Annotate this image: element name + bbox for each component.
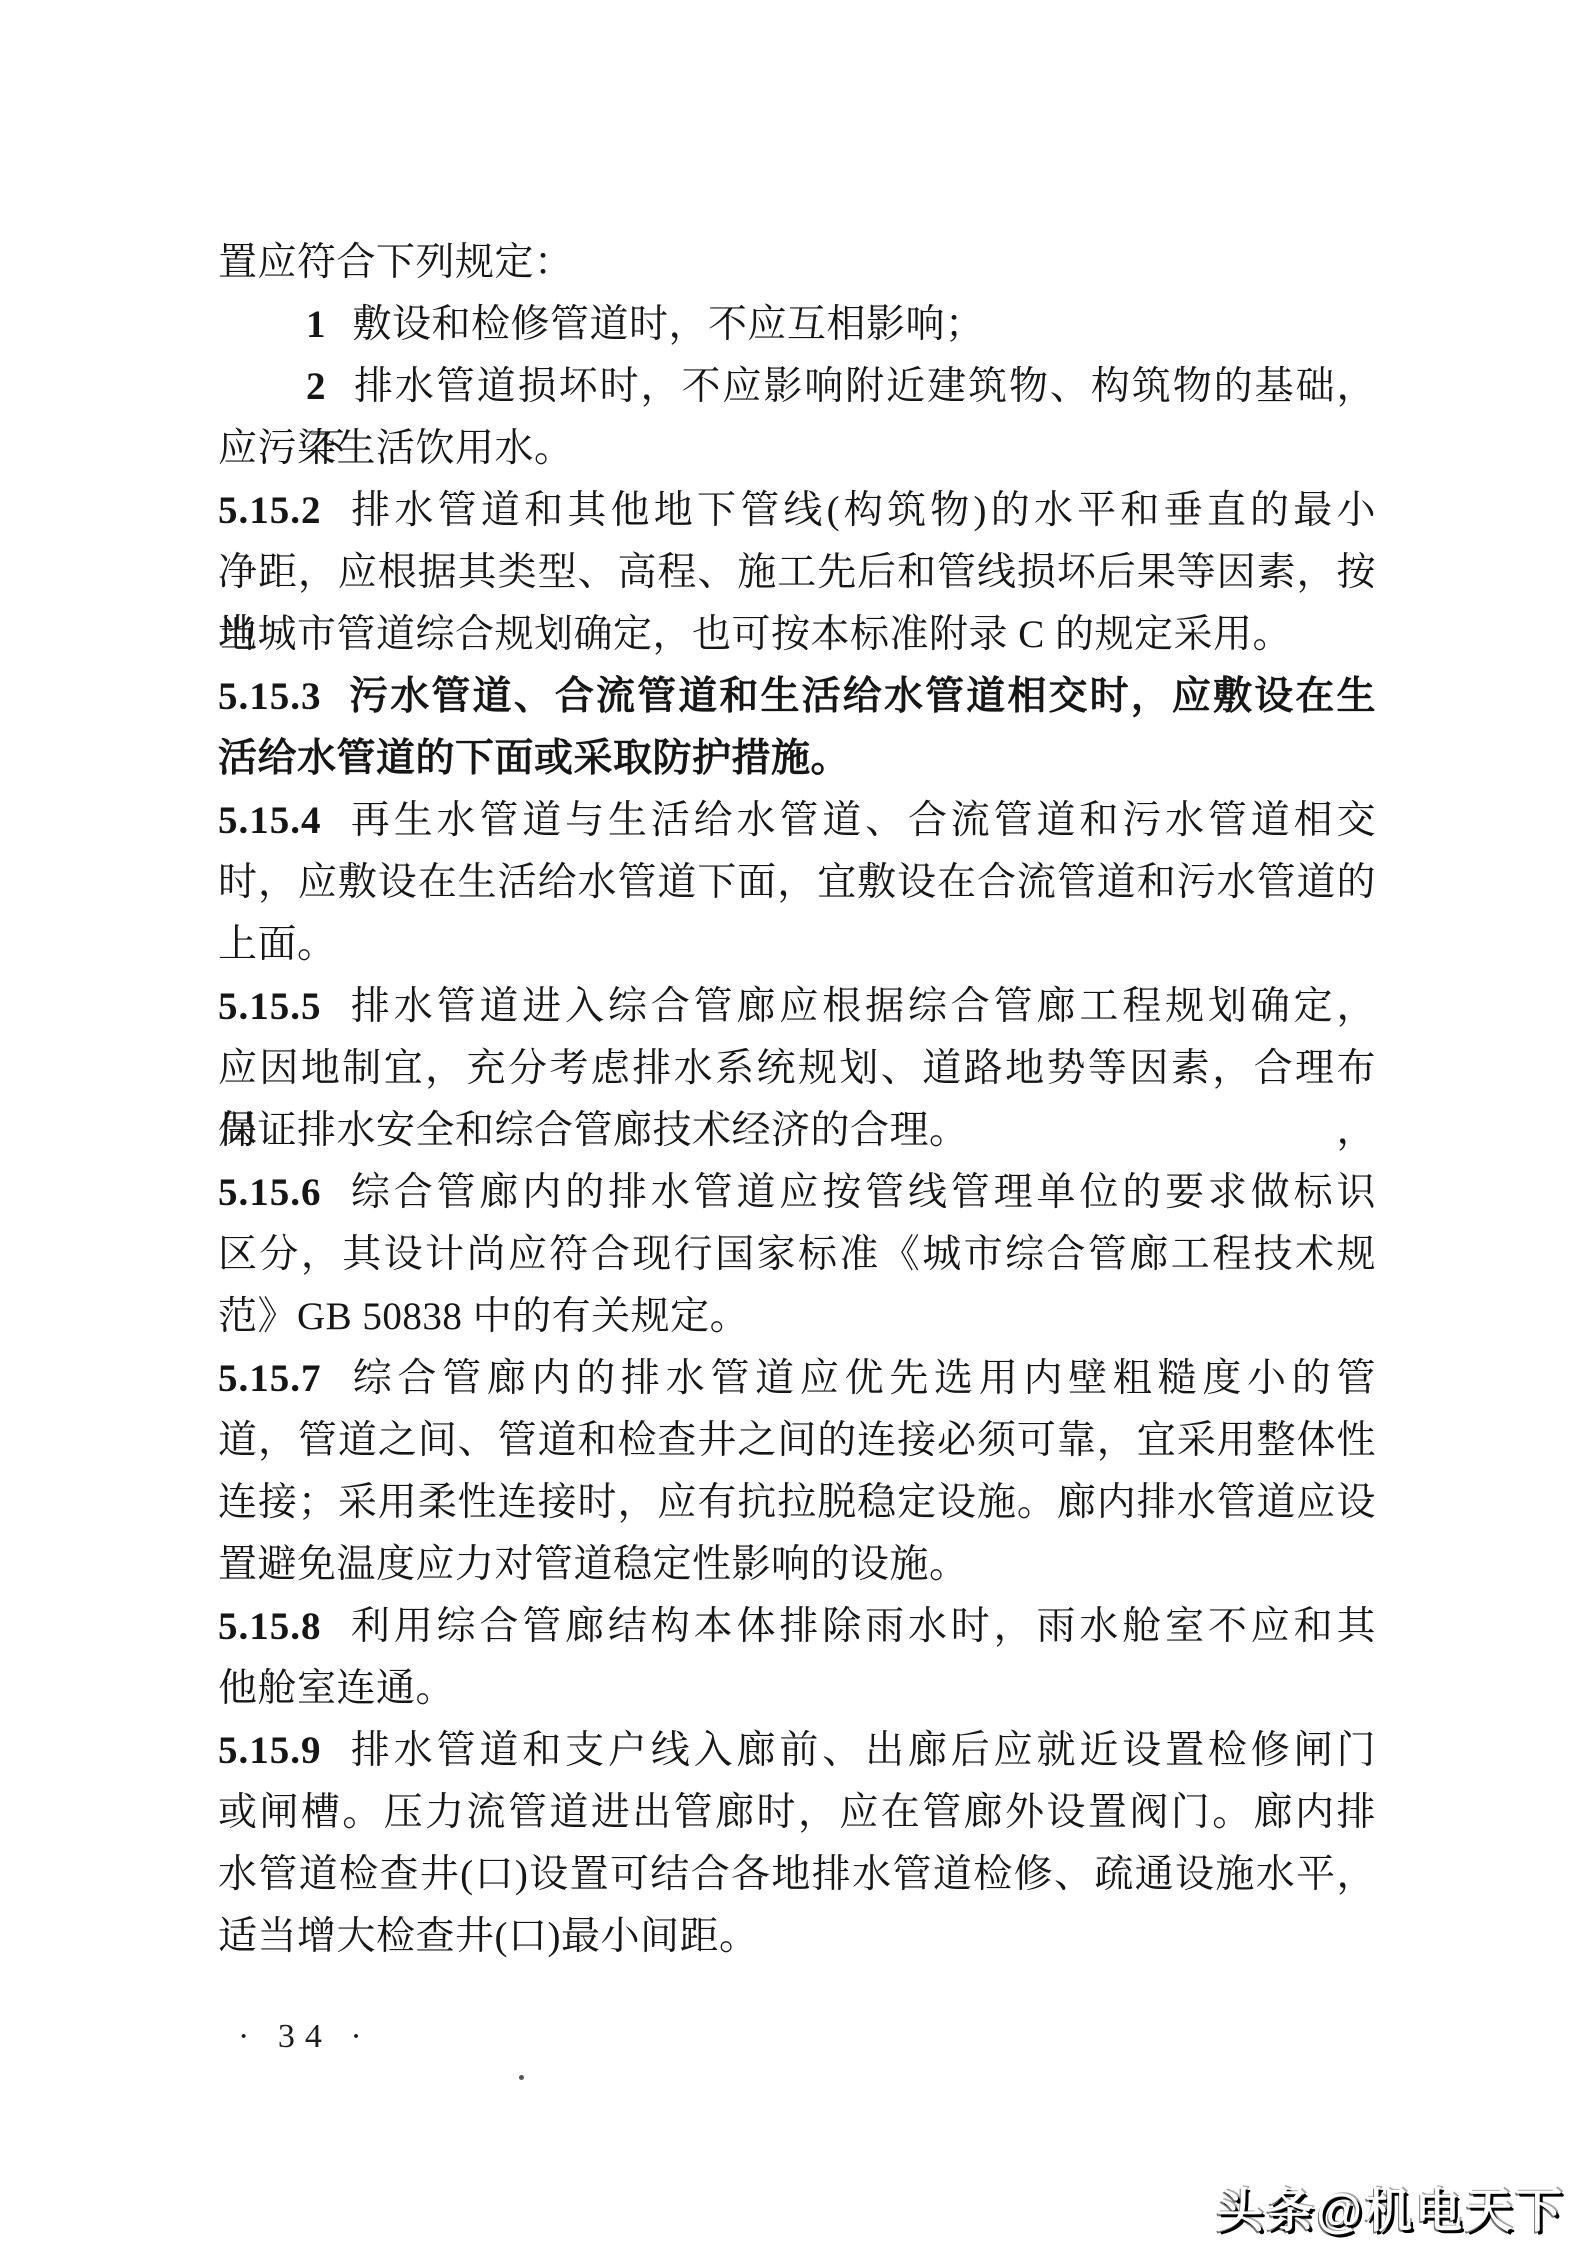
clause-text: 时，应敷设在生活给水管道下面，宜敷设在合流管道和污水管道的 — [218, 861, 1376, 904]
clause-text: 污水管道、合流管道和生活给水管道相交时，应敷设在生 — [348, 675, 1377, 718]
clause-text: 置应符合下列规定： — [218, 241, 574, 284]
document-body: 置应符合下列规定：1敷设和检修管道时，不应互相影响；2排水管道损坏时，不应影响附… — [218, 232, 1376, 1968]
clause-text: 连接；采用柔性连接时，应有抗拉脱稳定设施。廊内排水管道应设 — [218, 1481, 1376, 1524]
document-line-5.15.5: 5.15.5排水管道进入综合管廊应根据综合管廊工程规划确定， — [218, 976, 1376, 1038]
watermark: 头条@机电天下 — [1216, 2174, 1565, 2241]
clause-number: 1 — [306, 303, 327, 346]
document-line: 置应符合下列规定： — [218, 232, 1376, 294]
document-line-5.15.4: 5.15.4再生水管道与生活给水管道、合流管道和污水管道相交 — [218, 790, 1376, 852]
document-line: 置避免温度应力对管道稳定性影响的设施。 — [218, 1534, 1376, 1596]
page-number: · 34 · — [238, 2018, 372, 2056]
clause-number: 5.15.5 — [218, 985, 322, 1028]
document-line: 他舱室连通。 — [218, 1658, 1376, 1720]
clause-text: 适当增大检查井(口)最小间距。 — [218, 1915, 758, 1958]
document-line: 范》GB 50838 中的有关规定。 — [218, 1286, 1376, 1348]
document-line: 时，应敷设在生活给水管道下面，宜敷设在合流管道和污水管道的 — [218, 852, 1376, 914]
document-line: 适当增大检查井(口)最小间距。 — [218, 1906, 1376, 1968]
clause-number: 5.15.2 — [218, 489, 322, 532]
clause-text: 范》GB 50838 中的有关规定。 — [218, 1295, 749, 1338]
document-line-5.15.2: 5.15.2排水管道和其他地下管线(构筑物)的水平和垂直的最小 — [218, 480, 1376, 542]
clause-text: 水管道检查井(口)设置可结合各地排水管道检修、疏通设施水平， — [218, 1853, 1376, 1896]
clause-text: 他舱室连通。 — [218, 1667, 455, 1710]
clause-text: 保证排水安全和综合管廊技术经济的合理。 — [218, 1109, 969, 1152]
clause-text: 道，管道之间、管道和检查井之间的连接必须可靠，宜采用整体性 — [218, 1419, 1376, 1462]
document-line-5.15.8: 5.15.8利用综合管廊结构本体排除雨水时，雨水舱室不应和其 — [218, 1596, 1376, 1658]
document-line: 应因地制宜，充分考虑排水系统规划、道路地势等因素，合理布局， — [218, 1038, 1376, 1100]
clause-text: 再生水管道与生活给水管道、合流管道和污水管道相交 — [348, 799, 1377, 842]
clause-text: 排水管道进入综合管廊应根据综合管廊工程规划确定， — [348, 985, 1377, 1028]
clause-number: 2 — [306, 365, 327, 408]
clause-text: 区分，其设计尚应符合现行国家标准《城市综合管廊工程技术规 — [218, 1233, 1376, 1276]
scan-speck — [519, 2075, 524, 2080]
clause-number: 5.15.8 — [218, 1605, 322, 1648]
clause-text: 或闸槽。压力流管道进出管廊时，应在管廊外设置阀门。廊内排 — [218, 1791, 1376, 1834]
document-line-2: 2排水管道损坏时，不应影响附近建筑物、构筑物的基础，不 — [218, 356, 1376, 418]
document-line: 道，管道之间、管道和检查井之间的连接必须可靠，宜采用整体性 — [218, 1410, 1376, 1472]
clause-text: 置避免温度应力对管道稳定性影响的设施。 — [218, 1543, 969, 1586]
document-line: 上面。 — [218, 914, 1376, 976]
clause-text: 应污染生活饮用水。 — [218, 427, 574, 470]
clause-text: 综合管廊内的排水管道应按管线管理单位的要求做标识 — [348, 1171, 1377, 1214]
clause-text: 地城市管道综合规划确定，也可按本标准附录 C 的规定采用。 — [218, 613, 1292, 656]
document-line-5.15.7: 5.15.7综合管廊内的排水管道应优先选用内壁粗糙度小的管 — [218, 1348, 1376, 1410]
document-line: 区分，其设计尚应符合现行国家标准《城市综合管廊工程技术规 — [218, 1224, 1376, 1286]
clause-text: 排水管道和支户线入廊前、出廊后应就近设置检修闸门 — [348, 1729, 1377, 1772]
document-line-5.15.9: 5.15.9排水管道和支户线入廊前、出廊后应就近设置检修闸门 — [218, 1720, 1376, 1782]
clause-number: 5.15.9 — [218, 1729, 322, 1772]
clause-number: 5.15.6 — [218, 1171, 322, 1214]
clause-text: 活给水管道的下面或采取防护措施。 — [218, 737, 850, 780]
clause-number: 5.15.4 — [218, 799, 322, 842]
clause-text: 利用综合管廊结构本体排除雨水时，雨水舱室不应和其 — [348, 1605, 1377, 1648]
document-line-5.15.6: 5.15.6综合管廊内的排水管道应按管线管理单位的要求做标识 — [218, 1162, 1376, 1224]
document-line: 或闸槽。压力流管道进出管廊时，应在管廊外设置阀门。廊内排 — [218, 1782, 1376, 1844]
clause-text: 上面。 — [218, 923, 337, 966]
document-line: 连接；采用柔性连接时，应有抗拉脱稳定设施。廊内排水管道应设 — [218, 1472, 1376, 1534]
document-line: 净距，应根据其类型、高程、施工先后和管线损坏后果等因素，按当 — [218, 542, 1376, 604]
document-line: 地城市管道综合规划确定，也可按本标准附录 C 的规定采用。 — [218, 604, 1376, 666]
document-line-1: 1敷设和检修管道时，不应互相影响； — [218, 294, 1376, 356]
clause-number: 5.15.3 — [218, 675, 322, 718]
document-line: 活给水管道的下面或采取防护措施。 — [218, 728, 1376, 790]
document-line: 水管道检查井(口)设置可结合各地排水管道检修、疏通设施水平， — [218, 1844, 1376, 1906]
clause-text: 排水管道和其他地下管线(构筑物)的水平和垂直的最小 — [348, 489, 1377, 532]
clause-text: 综合管廊内的排水管道应优先选用内壁粗糙度小的管 — [348, 1357, 1377, 1400]
page: 置应符合下列规定：1敷设和检修管道时，不应互相影响；2排水管道损坏时，不应影响附… — [0, 0, 1587, 2245]
clause-number: 5.15.7 — [218, 1357, 322, 1400]
document-line: 应污染生活饮用水。 — [218, 418, 1376, 480]
document-line-5.15.3: 5.15.3污水管道、合流管道和生活给水管道相交时，应敷设在生 — [218, 666, 1376, 728]
clause-text: 敷设和检修管道时，不应互相影响； — [353, 303, 985, 346]
